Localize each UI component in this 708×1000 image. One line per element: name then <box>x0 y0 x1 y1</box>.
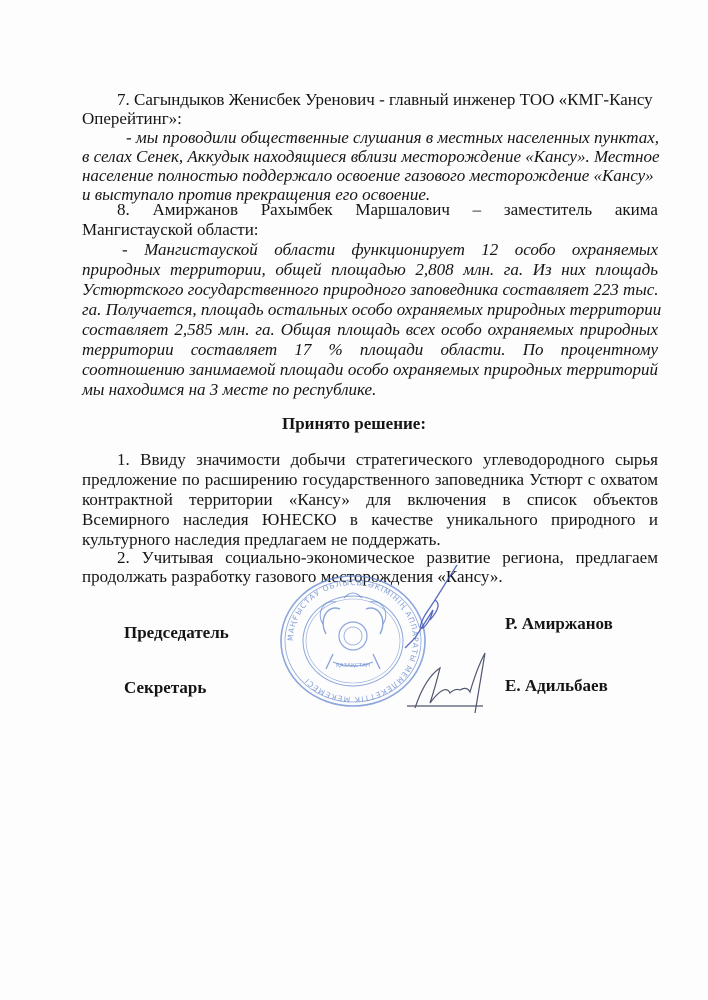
item8-body-line3: Устюртского государственного природного … <box>82 280 658 300</box>
secretary-title: Секретарь <box>124 678 206 698</box>
item8-word: – <box>473 200 482 220</box>
chairman-title: Председатель <box>124 623 229 643</box>
decision-title: Принято решение: <box>0 414 708 434</box>
item8-body-line6: территории составляет 17 % площади облас… <box>82 340 658 360</box>
secretary-signature-icon <box>405 648 495 718</box>
item7-heading-line1: 7. Сагындыков Женисбек Уренович - главны… <box>117 90 653 110</box>
chairman-signature-icon <box>395 560 465 655</box>
decision-point2-line1: 2. Учитывая социально-экономическое разв… <box>117 548 658 568</box>
stamp-center-text: ҚАЗАҚСТАН <box>336 663 370 669</box>
item8-heading-line2: Мангистауской области: <box>82 220 259 240</box>
secretary-name: Е. Адильбаев <box>505 676 608 696</box>
item8-body-line7: соотношению занимаемой площади особо охр… <box>82 360 658 380</box>
item8-word: акима <box>615 200 658 220</box>
chairman-name: Р. Амиржанов <box>505 614 613 634</box>
decision-point1-line4: Всемирного наследия ЮНЕСКО в качестве ун… <box>82 510 658 530</box>
item7-heading-line2: Оперейтинг»: <box>82 109 182 129</box>
item8-word: заместитель <box>504 200 592 220</box>
item8-word: Амиржанов <box>152 200 238 220</box>
item8-number: 8. <box>117 200 130 220</box>
item8-body-line8: мы находимся на 3 месте по республике. <box>82 380 376 400</box>
item8-body-line2: природных территории, общей площадью 2,8… <box>82 260 658 280</box>
item8-word: Маршалович <box>355 200 450 220</box>
item8-body-line1: - Мангистауской области функционирует 12… <box>122 240 658 260</box>
item8-word: Рахымбек <box>261 200 333 220</box>
item8-body-line4: га. Получается, площадь остальных особо … <box>82 300 658 320</box>
item7-body-line3: население полностью поддержало освоение … <box>82 166 654 186</box>
item8-heading-line1: 8. Амиржанов Рахымбек Маршалович – замес… <box>117 200 658 220</box>
decision-point1-line5: культурного наследия предлагаем не подде… <box>82 530 441 550</box>
decision-point1-line1: 1. Ввиду значимости добычи стратегическо… <box>117 450 658 470</box>
document-page: 7. Сагындыков Женисбек Уренович - главны… <box>0 0 708 1000</box>
item8-body-line5: составляет 2,585 млн. га. Общая площадь … <box>82 320 658 340</box>
decision-point1-line2: предложение по расширению государственно… <box>82 470 658 490</box>
item7-body-line1: - мы проводили общественные слушания в м… <box>126 128 659 148</box>
decision-point1-line3: контрактной территории «Кансу» для включ… <box>82 490 658 510</box>
item7-body-line2: в селах Сенек, Аккудык находящиеся вблиз… <box>82 147 660 167</box>
